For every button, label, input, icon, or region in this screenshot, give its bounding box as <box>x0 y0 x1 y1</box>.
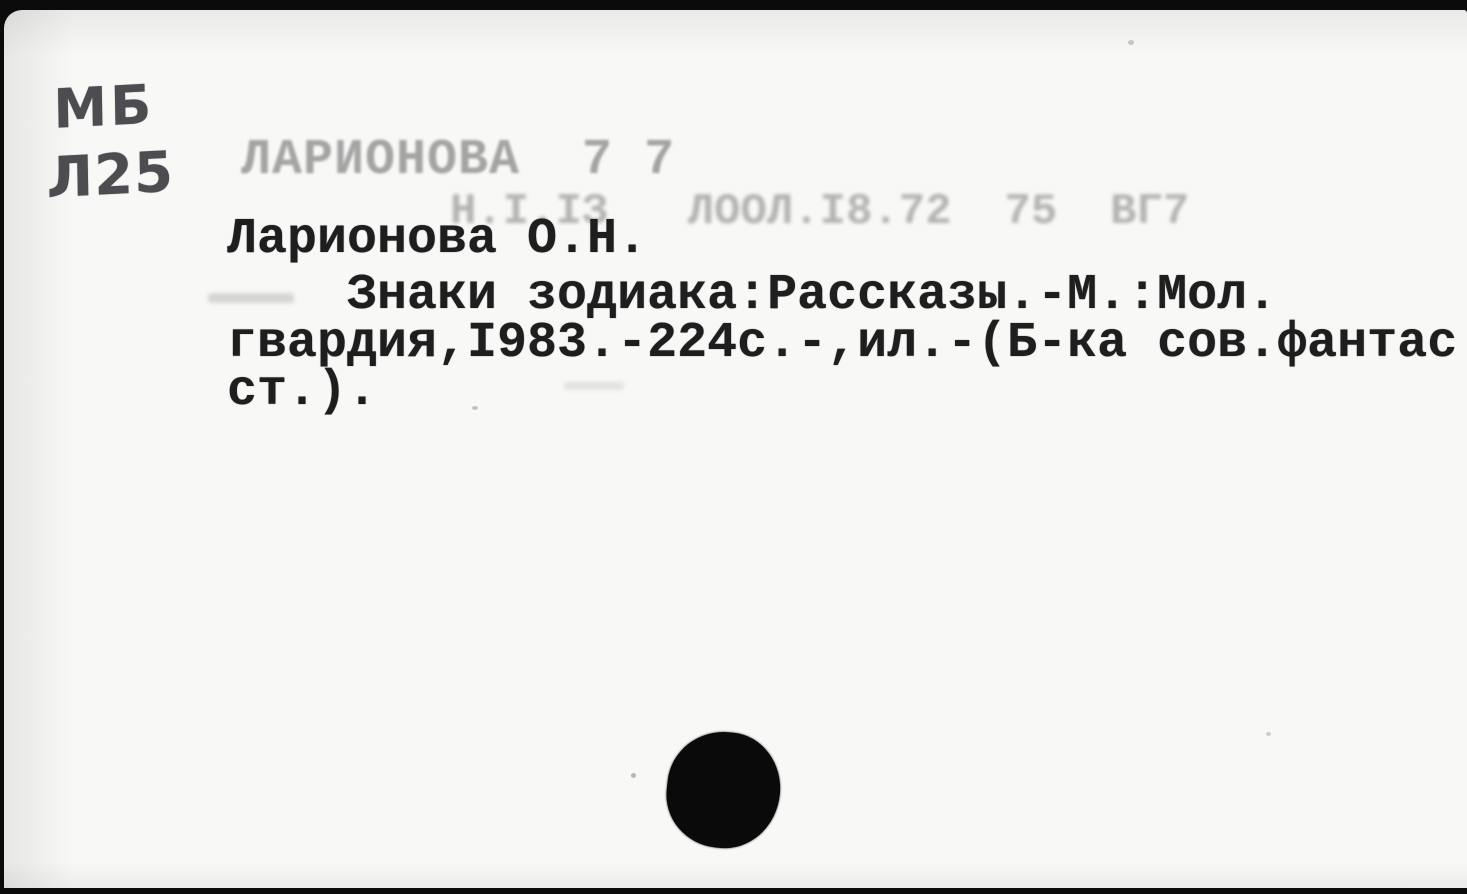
paper-speck <box>472 406 478 410</box>
paper-speck <box>1128 40 1134 45</box>
punch-hole <box>661 726 786 853</box>
entry-imprint-line: гвардия,I983.-224с.-,ил.-(Б-ка сов.фанта… <box>227 320 1457 368</box>
ink-smudge <box>208 293 294 303</box>
scanned-catalog-card: МБ Л25 ЛАРИОНОВА 7 7 Н.І.ІЗ ЛООЛ.І8.72 7… <box>0 0 1467 894</box>
bibliographic-entry: Ларионова О.Н. Знаки зодиака:Рассказы.-М… <box>227 216 1457 416</box>
faded-stamp-line-1: ЛАРИОНОВА 7 7 <box>241 137 675 185</box>
entry-title-line: Знаки зодиака:Рассказы.-М.:Мол. <box>227 272 1457 320</box>
paper-speck <box>631 773 636 778</box>
entry-series-line: ст.). <box>227 368 1457 416</box>
ink-smudge <box>564 382 624 390</box>
paper-shading-bottom <box>4 862 1467 888</box>
catalog-card-paper: МБ Л25 ЛАРИОНОВА 7 7 Н.І.ІЗ ЛООЛ.І8.72 7… <box>4 10 1467 888</box>
call-number-author-mark: Л25 <box>46 145 174 208</box>
entry-author: Ларионова О.Н. <box>227 216 1457 264</box>
call-number-collection-code: МБ <box>53 77 173 137</box>
bottom-edge-fade <box>1327 880 1467 888</box>
paper-shading-top <box>4 10 1467 56</box>
handwritten-call-number: МБ Л25 <box>45 77 174 208</box>
paper-speck <box>1266 732 1271 736</box>
